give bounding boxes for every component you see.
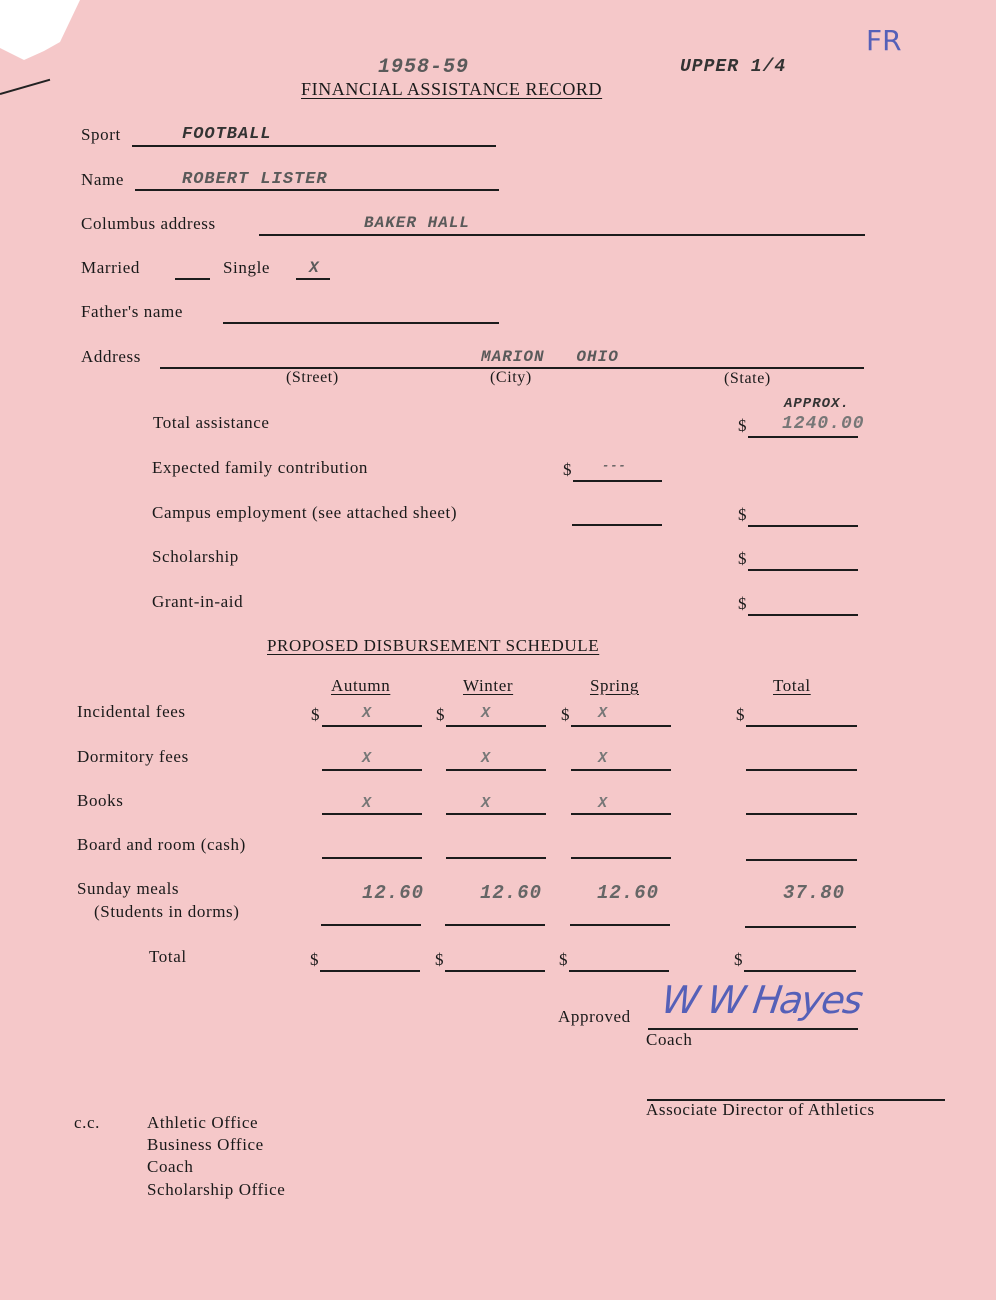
row-label-dormitory-fees: Dormitory fees [77, 747, 189, 767]
single-field[interactable] [296, 278, 330, 280]
row-label-total: Total [149, 947, 187, 967]
board-spring-field[interactable] [571, 857, 671, 859]
name-label: Name [81, 170, 124, 190]
cell-value: 37.80 [783, 882, 845, 904]
sunday-total-field[interactable] [745, 926, 856, 928]
sport-value: FOOTBALL [182, 125, 272, 144]
board-winter-field[interactable] [446, 857, 546, 859]
cell-value: X [362, 705, 372, 722]
column-total: Total [773, 676, 811, 696]
fathers-name-label: Father's name [81, 302, 183, 322]
single-label: Single [223, 258, 270, 278]
name-field[interactable] [135, 189, 499, 191]
total-spring-field[interactable] [569, 970, 669, 972]
address-label: Address [81, 347, 141, 367]
family-contribution-value: --- [602, 459, 627, 473]
row-sublabel-students-in-dorms: (Students in dorms) [94, 902, 240, 922]
scholarship-label: Scholarship [152, 547, 239, 567]
total-assistance-value: 1240.00 [782, 414, 865, 434]
torn-corner [0, 0, 80, 60]
books-total-field[interactable] [746, 813, 857, 815]
total-winter-field[interactable] [445, 970, 545, 972]
sport-field[interactable] [132, 145, 496, 147]
cell-value: X [481, 750, 491, 767]
director-caption: Associate Director of Athletics [646, 1100, 875, 1120]
approved-label: Approved [558, 1007, 631, 1027]
address-value: MARION OHIO [481, 348, 619, 366]
cc-recipient: Business Office [147, 1135, 264, 1155]
incidental-autumn-field[interactable] [322, 725, 422, 727]
campus-employment-label: Campus employment (see attached sheet) [152, 503, 457, 523]
currency-symbol: $ [738, 505, 747, 525]
campus-employment-field[interactable] [572, 524, 662, 526]
books-spring-field[interactable] [571, 813, 671, 815]
incidental-winter-field[interactable] [446, 725, 546, 727]
total-autumn-field[interactable] [320, 970, 420, 972]
board-total-field[interactable] [746, 859, 857, 861]
column-spring: Spring [590, 676, 639, 696]
cell-value: X [598, 750, 608, 767]
currency-symbol: $ [563, 460, 572, 480]
row-label-books: Books [77, 791, 123, 811]
total-assistance-label: Total assistance [153, 413, 270, 433]
row-label-sunday-meals: Sunday meals [77, 879, 179, 899]
married-field[interactable] [175, 278, 210, 280]
sunday-autumn-field[interactable] [321, 924, 421, 926]
city-caption: (City) [490, 369, 532, 387]
currency-symbol: $ [738, 416, 747, 436]
cc-recipient: Athletic Office [147, 1113, 258, 1133]
dormitory-autumn-field[interactable] [322, 769, 422, 771]
incidental-total-field[interactable] [746, 725, 857, 727]
column-autumn: Autumn [331, 676, 390, 696]
married-label: Married [81, 258, 140, 278]
columbus-address-field[interactable] [259, 234, 865, 236]
currency-symbol: $ [310, 950, 319, 970]
scholarship-field[interactable] [748, 569, 858, 571]
books-autumn-field[interactable] [322, 813, 422, 815]
currency-symbol: $ [738, 594, 747, 614]
incidental-spring-field[interactable] [571, 725, 671, 727]
dormitory-winter-field[interactable] [446, 769, 546, 771]
campus-employment-amount-field[interactable] [748, 525, 858, 527]
board-autumn-field[interactable] [322, 857, 422, 859]
family-contribution-label: Expected family contribution [152, 458, 368, 478]
coach-caption: Coach [646, 1030, 692, 1050]
sunday-spring-field[interactable] [570, 924, 670, 926]
coach-signature: W W Hayes [659, 978, 864, 1022]
currency-symbol: $ [734, 950, 743, 970]
cell-value: X [598, 705, 608, 722]
year: 1958-59 [378, 56, 469, 79]
cc-label: c.c. [74, 1113, 100, 1133]
row-label-incidental-fees: Incidental fees [77, 702, 186, 722]
sport-label: Sport [81, 125, 121, 145]
grant-in-aid-field[interactable] [748, 614, 858, 616]
schedule-title: PROPOSED DISBURSEMENT SCHEDULE [267, 636, 599, 656]
currency-symbol: $ [736, 705, 745, 725]
cell-value: X [362, 750, 372, 767]
cell-value: X [598, 795, 608, 812]
total-total-field[interactable] [744, 970, 856, 972]
fathers-name-field[interactable] [223, 322, 499, 324]
dormitory-spring-field[interactable] [571, 769, 671, 771]
cell-value: X [362, 795, 372, 812]
currency-symbol: $ [435, 950, 444, 970]
currency-symbol: $ [436, 705, 445, 725]
cell-value: 12.60 [480, 882, 542, 904]
grant-in-aid-label: Grant-in-aid [152, 592, 243, 612]
handwritten-mark: FR [866, 24, 902, 57]
columbus-address-label: Columbus address [81, 214, 216, 234]
staple-mark [0, 79, 50, 95]
cc-recipient: Scholarship Office [147, 1180, 285, 1200]
currency-symbol: $ [738, 549, 747, 569]
cell-value: X [481, 795, 491, 812]
currency-symbol: $ [311, 705, 320, 725]
cc-recipient: Coach [147, 1157, 193, 1177]
family-contribution-field[interactable] [573, 480, 662, 482]
currency-symbol: $ [561, 705, 570, 725]
total-assistance-field[interactable] [748, 436, 858, 438]
columbus-address-value: BAKER HALL [364, 214, 470, 232]
total-assistance-note: APPROX. [784, 396, 850, 412]
name-value: ROBERT LISTER [182, 170, 328, 189]
state-caption: (State) [724, 370, 771, 388]
column-winter: Winter [463, 676, 513, 696]
cell-value: 12.60 [597, 882, 659, 904]
row-label-board-and-room: Board and room (cash) [77, 835, 246, 855]
sunday-winter-field[interactable] [445, 924, 545, 926]
currency-symbol: $ [559, 950, 568, 970]
single-value: X [309, 259, 320, 277]
form-title: FINANCIAL ASSISTANCE RECORD [301, 79, 602, 100]
cell-value: X [481, 705, 491, 722]
classification: UPPER 1/4 [680, 57, 786, 77]
cell-value: 12.60 [362, 882, 424, 904]
books-winter-field[interactable] [446, 813, 546, 815]
street-caption: (Street) [286, 369, 339, 387]
dormitory-total-field[interactable] [746, 769, 857, 771]
